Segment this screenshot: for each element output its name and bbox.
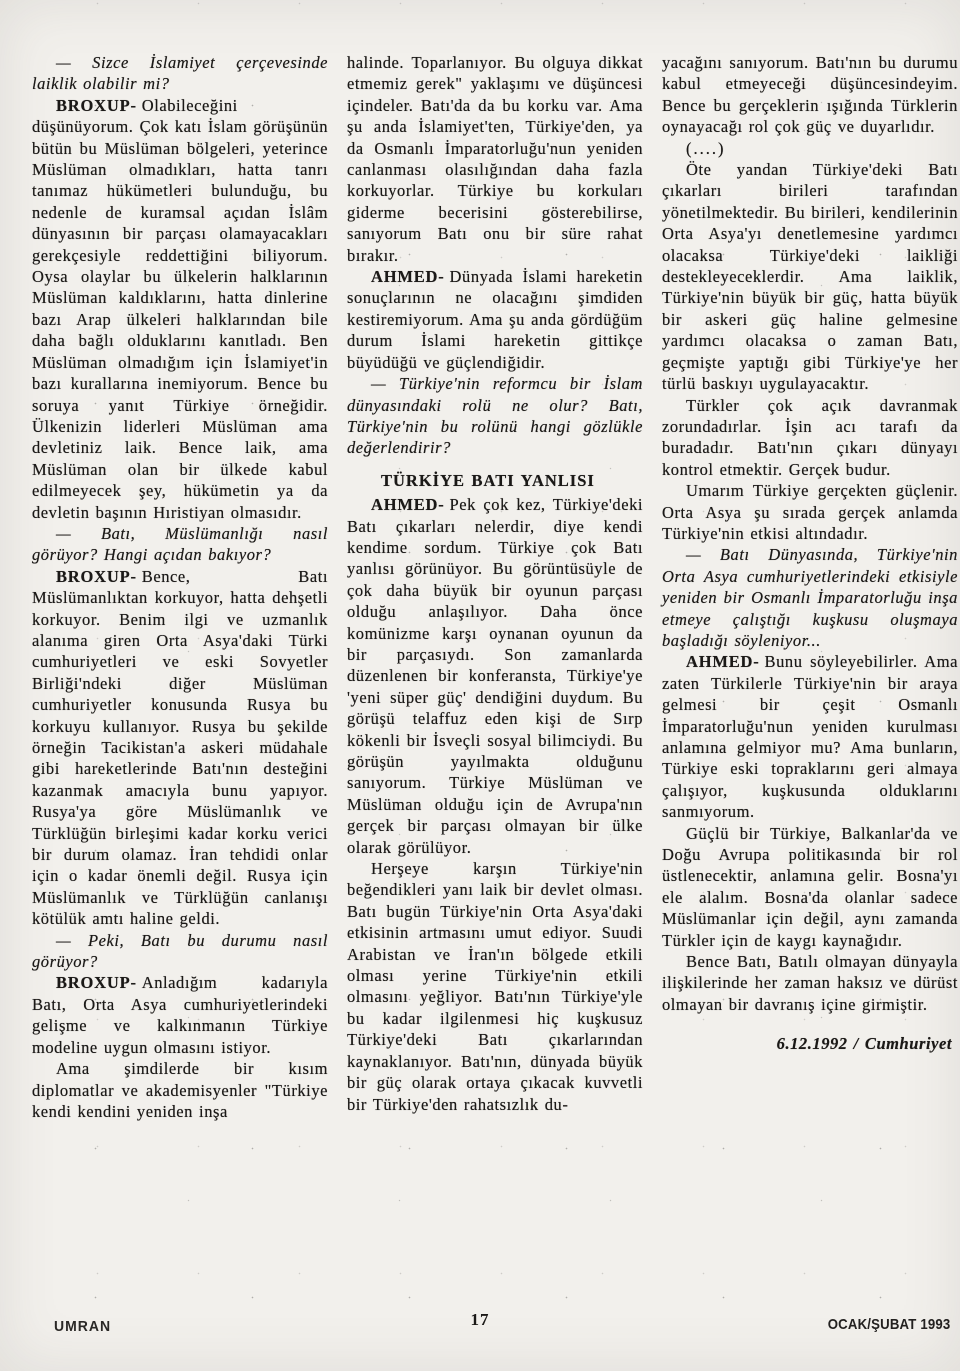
interview-answer: BROXUP-Anladığım kadarıyla Batı, Orta As… <box>32 972 328 1058</box>
speaker-name: BROXUP- <box>56 567 137 586</box>
interview-question: — Türkiye'nin reformcu bir İslam dünyası… <box>347 373 643 459</box>
issue-date: OCAK/ŞUBAT 1993 <box>827 1316 950 1333</box>
paragraph-continuation: yacağını sanıyorum. Batı'nın bu durumu k… <box>662 52 958 138</box>
paragraph: Umarım Türkiye gerçekten güçlenir. Orta … <box>662 480 958 544</box>
answer-text: Bence, Batı Müslümanlıktan korkuyor, hat… <box>32 567 328 929</box>
interview-answer: AHMED-Pek çok kez, Türkiye'deki Batı çık… <box>347 494 643 858</box>
page-number: 17 <box>0 1310 960 1330</box>
paragraph: Herşeye karşın Türkiye'nin beğendikleri … <box>347 858 643 1115</box>
source-signature: 6.12.1992 / Cumhuriyet <box>662 1033 958 1054</box>
speaker-name: AHMED- <box>371 495 445 514</box>
speaker-name: BROXUP- <box>56 973 137 992</box>
answer-text: Pek çok kez, Türkiye'deki Batı çıkarları… <box>347 495 643 857</box>
article-columns: — Sizce İslamiyet çerçevesinde laiklik o… <box>32 52 958 1122</box>
omission-marker: (....) <box>662 138 958 159</box>
interview-question: — Batı, Müslümanlığı nasıl görüyor? Hang… <box>32 523 328 566</box>
section-heading: TÜRKİYE BATI YANLISI <box>347 470 643 491</box>
speaker-name: BROXUP- <box>56 96 137 115</box>
paragraph: Güçlü bir Türkiye, Balkanlar'da ve Doğu … <box>662 823 958 951</box>
answer-text: Bunu söyleyebilirler. Ama zaten Türkiler… <box>662 652 958 821</box>
interview-answer: BROXUP-Bence, Batı Müslümanlıktan korkuy… <box>32 566 328 930</box>
speaker-name: AHMED- <box>686 652 760 671</box>
column-left: — Sizce İslamiyet çerçevesinde laiklik o… <box>32 52 328 1122</box>
paragraph: Bence Batı, Batılı olmayan dünyayla iliş… <box>662 951 958 1015</box>
interview-question: — Sizce İslamiyet çerçevesinde laiklik o… <box>32 52 328 95</box>
paragraph: Ama şimdilerde bir kısım diplomatlar ve … <box>32 1058 328 1122</box>
interview-question: — Batı Dünyasında, Türkiye'nin Orta Asya… <box>662 544 958 651</box>
interview-answer: AHMED-Dünyada İslami hareketin sonuçları… <box>347 266 643 373</box>
paragraph: Öte yandan Türkiye'deki Batı çıkarları b… <box>662 159 958 394</box>
scanned-magazine-page: — Sizce İslamiyet çerçevesinde laiklik o… <box>0 0 960 1371</box>
answer-text: Olabileceğini düşünüyorum. Çok katı İsla… <box>32 96 328 522</box>
interview-question: — Peki, Batı bu durumu nasıl görüyor? <box>32 930 328 973</box>
column-middle: halinde. Toparlanıyor. Bu olguya dikkat … <box>347 52 643 1122</box>
paragraph-continuation: halinde. Toparlanıyor. Bu olguya dikkat … <box>347 52 643 266</box>
interview-answer: AHMED-Bunu söyleyebilirler. Ama zaten Tü… <box>662 651 958 822</box>
column-right: yacağını sanıyorum. Batı'nın bu durumu k… <box>662 52 958 1122</box>
paragraph: Türkler çok açık davranmak zorundadırlar… <box>662 395 958 481</box>
speaker-name: AHMED- <box>371 267 445 286</box>
page-footer: UMRAN 17 OCAK/ŞUBAT 1993 <box>0 1304 960 1354</box>
interview-answer: BROXUP-Olabileceğini düşünüyorum. Çok ka… <box>32 95 328 523</box>
